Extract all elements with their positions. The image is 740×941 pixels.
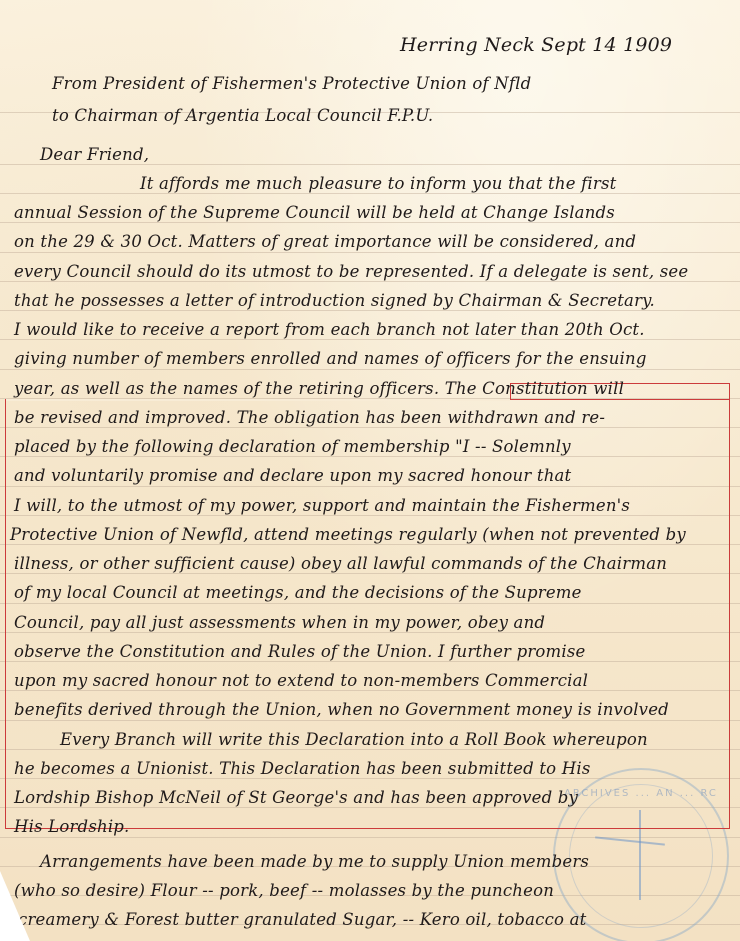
body-line: Council, pay all just assessments when i…: [14, 613, 545, 632]
body-line: on the 29 & 30 Oct. Matters of great imp…: [14, 232, 636, 251]
ruling-line: [0, 690, 740, 691]
body-line: observe the Constitution and Rules of th…: [14, 642, 586, 661]
ruling-line: [0, 573, 740, 574]
ruling-line: [0, 310, 740, 311]
body-line: Lordship Bishop McNeil of St George's an…: [14, 788, 578, 807]
body-line: Every Branch will write this Declaration…: [60, 730, 648, 749]
body-line: upon my sacred honour not to extend to n…: [14, 671, 588, 690]
body-line: I will, to the utmost of my power, suppo…: [14, 496, 630, 515]
paper-corner: [0, 871, 30, 941]
body-line: It affords me much pleasure to inform yo…: [140, 174, 616, 193]
to-line: to Chairman of Argentia Local Council F.…: [52, 106, 433, 125]
annotation-box-gap: [6, 399, 510, 401]
ruling-line: [0, 749, 740, 750]
ruling-line: [0, 720, 740, 721]
body-line: every Council should do its utmost to be…: [14, 262, 688, 281]
ruling-line: [0, 222, 740, 223]
ruling-line: [0, 193, 740, 194]
body-line: be revised and improved. The obligation …: [14, 408, 605, 427]
ruling-line: [0, 427, 740, 428]
ruling-line: [0, 486, 740, 487]
ruling-line: [0, 456, 740, 457]
body-line: creamery & Forest butter granulated Suga…: [18, 910, 586, 929]
ruling-line: [0, 515, 740, 516]
body-line: Arrangements have been made by me to sup…: [40, 852, 589, 871]
body-line: illness, or other sufficient cause) obey…: [14, 554, 667, 573]
stamp-text: ARCHIVES ... AN ... RC: [555, 788, 727, 799]
body-line: and voluntarily promise and declare upon…: [14, 466, 571, 485]
place-date: Herring Neck Sept 14 1909: [400, 34, 672, 56]
body-line: of my local Council at meetings, and the…: [14, 583, 582, 602]
stamp-cross-icon: [639, 810, 641, 900]
body-line: that he possesses a letter of introducti…: [14, 291, 655, 310]
body-line: placed by the following declaration of m…: [14, 437, 571, 456]
ruling-line: [0, 164, 740, 165]
ruling-line: [0, 252, 740, 253]
stamp-inner-ring: [569, 784, 713, 928]
body-line: I would like to receive a report from ea…: [14, 320, 645, 339]
ruling-line: [0, 339, 740, 340]
ruling-line: [0, 544, 740, 545]
ruling-line: [0, 603, 740, 604]
ruling-line: [0, 632, 740, 633]
ruling-line: [0, 369, 740, 370]
from-line: From President of Fishermen's Protective…: [52, 74, 531, 93]
body-line: annual Session of the Supreme Council wi…: [14, 203, 615, 222]
body-line: year, as well as the names of the retiri…: [14, 379, 624, 398]
body-line: (who so desire) Flour -- pork, beef -- m…: [14, 881, 554, 900]
body-line: Protective Union of Newfld, attend meeti…: [10, 525, 686, 544]
body-line: giving number of members enrolled and na…: [14, 349, 647, 368]
ruling-line: [0, 281, 740, 282]
body-line: His Lordship.: [14, 817, 130, 836]
ruling-line: [0, 661, 740, 662]
body-line: benefits derived through the Union, when…: [14, 700, 669, 719]
salutation: Dear Friend,: [40, 145, 149, 164]
body-line: he becomes a Unionist. This Declaration …: [14, 759, 590, 778]
